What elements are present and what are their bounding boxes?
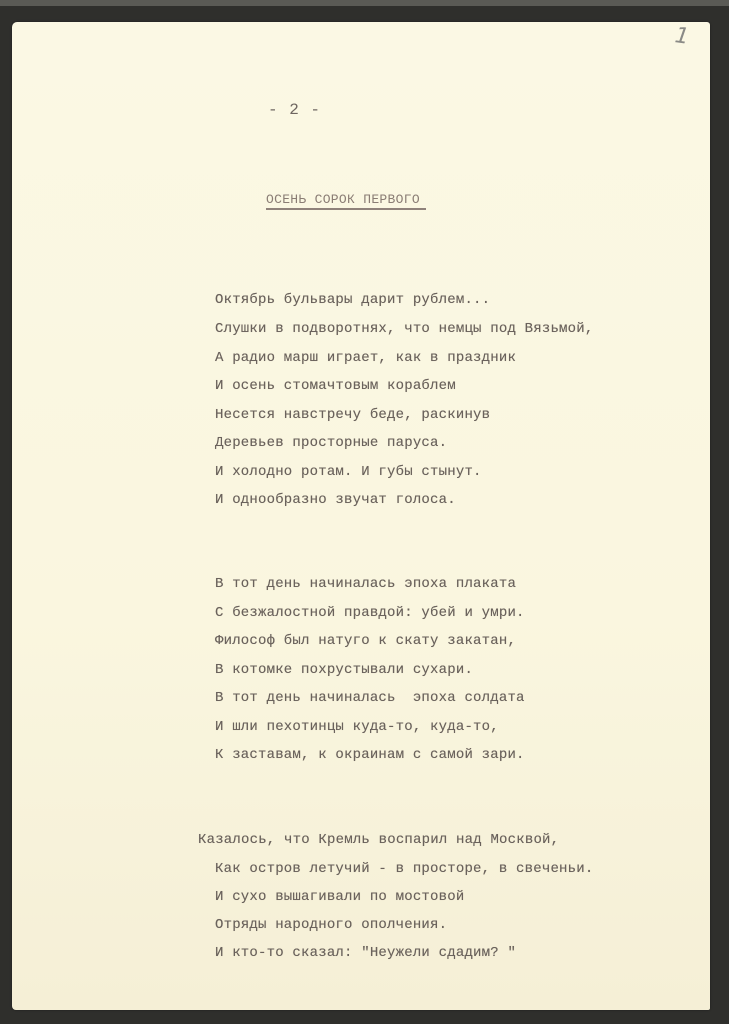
poem-line: И холодно ротам. И губы стынут. xyxy=(215,464,482,480)
poem-line: В котомке похрустывали сухари. xyxy=(215,662,473,678)
poem-line: Октябрь бульвары дарит рублем... xyxy=(215,292,490,308)
poem-line: Деревьев просторные паруса. xyxy=(215,435,447,451)
poem-line: В тот день начиналась эпоха солдата xyxy=(215,690,525,706)
poem-line: И однообразно звучат голоса. xyxy=(215,492,456,508)
page-number: - 2 - xyxy=(268,101,321,119)
poem-line: И сухо вышагивали по мостовой xyxy=(215,889,464,905)
poem-line: А радио марш играет, как в праздник xyxy=(215,350,516,366)
poem-line: Отряды народного ополчения. xyxy=(215,917,447,933)
scanner-backdrop-edge xyxy=(0,0,729,6)
poem-line: С безжалостной правдой: убей и умри. xyxy=(215,605,525,621)
poem-line: Слушки в подворотнях, что немцы под Вязь… xyxy=(215,321,593,337)
poem-line: Казалось, что Кремль воспарил над Москво… xyxy=(198,832,559,848)
poem-line: И осень стомачтовым кораблем xyxy=(215,378,456,394)
poem-line: И кто-то сказал: "Неужели сдадим? " xyxy=(215,945,516,961)
poem-line: Философ был натуго к скату закатан, xyxy=(215,633,516,649)
poem-line: И шли пехотинцы куда-то, куда-то, xyxy=(215,719,499,735)
poem-title: ОСЕНЬ СОРОК ПЕРВОГО xyxy=(266,192,426,210)
poem-line: К заставам, к окраинам с самой зари. xyxy=(215,747,525,763)
poem-line: В тот день начиналась эпоха плаката xyxy=(215,576,516,592)
poem-line: Как остров летучий - в просторе, в свече… xyxy=(215,861,593,877)
poem-line: Несется навстречу беде, раскинув xyxy=(215,407,490,423)
